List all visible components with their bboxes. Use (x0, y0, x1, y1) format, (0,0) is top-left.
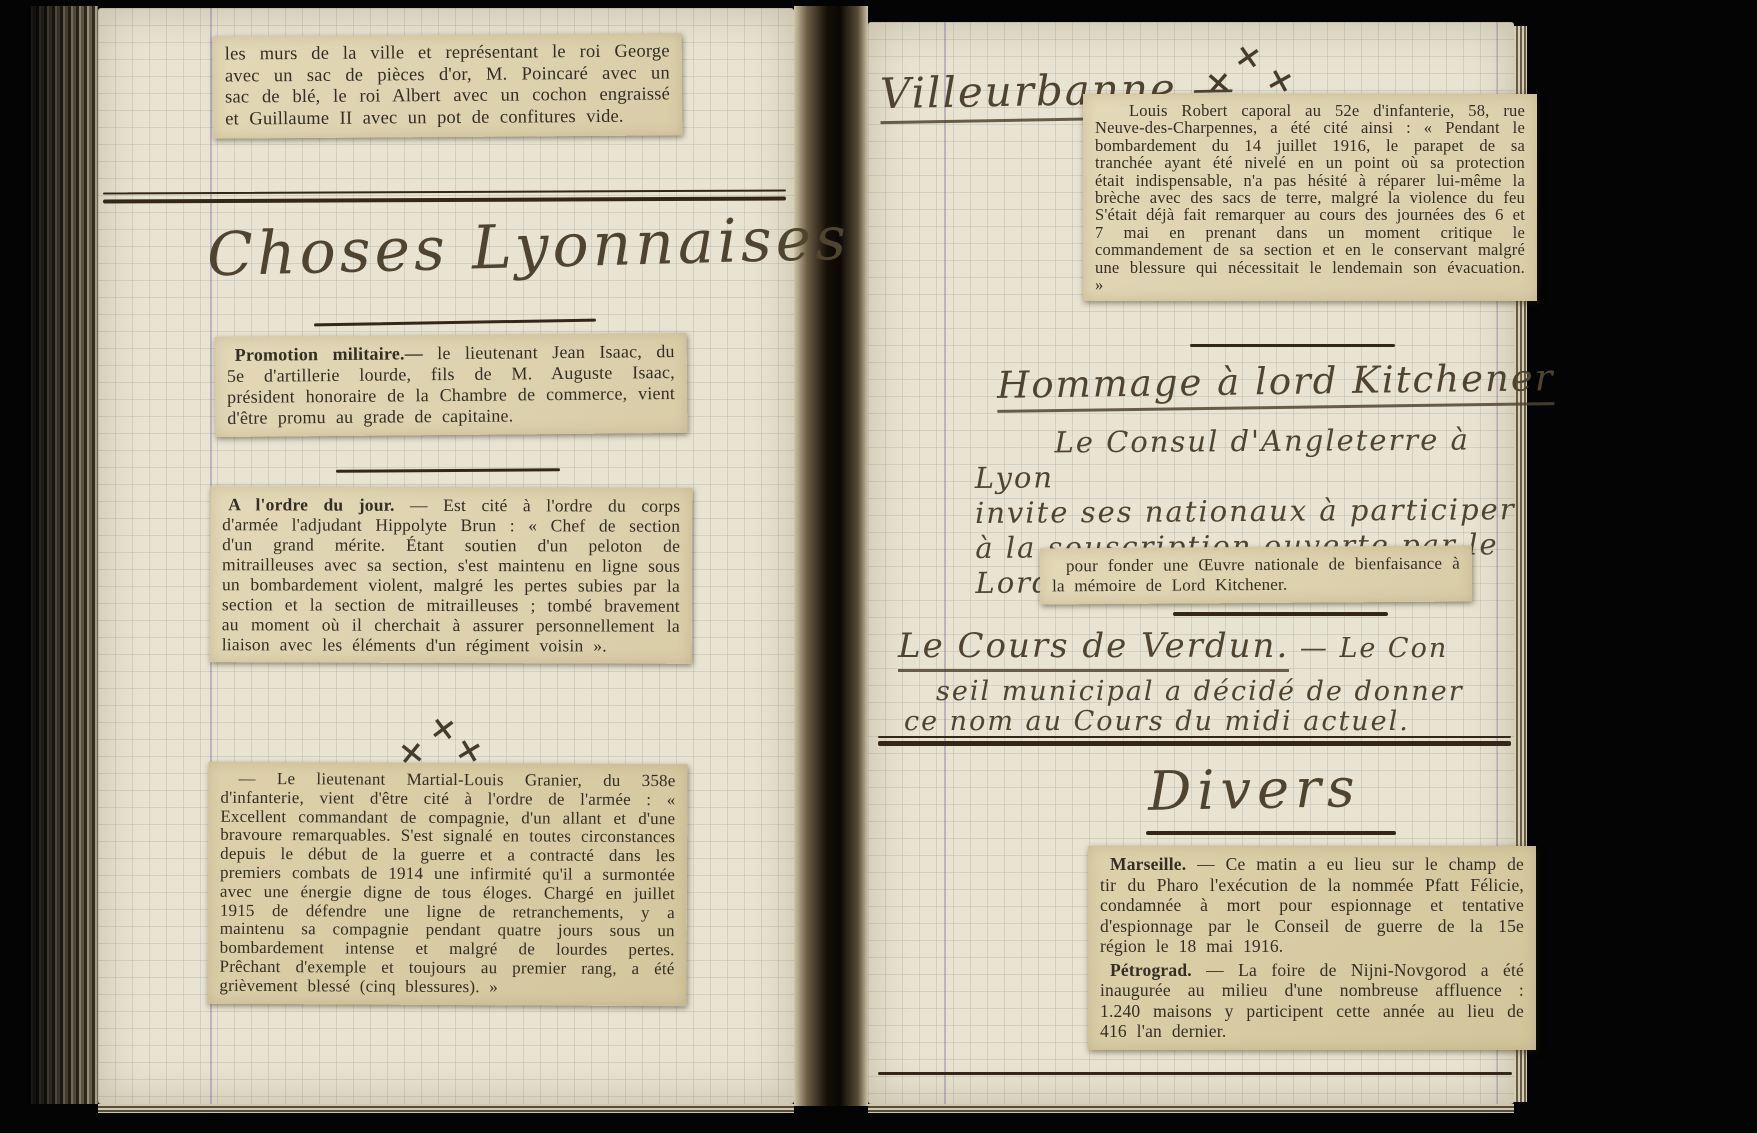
pen-rule-right-1 (1190, 344, 1395, 347)
clipping-ordre-text: A l'ordre du jour. — Est cité à l'ordre … (222, 494, 681, 656)
x-mark: × (428, 710, 459, 745)
divider-thin (878, 736, 1511, 738)
right-page-bottom-edge (868, 1104, 1514, 1113)
left-edge-shadow (28, 6, 98, 1104)
news-clipping-kitchener: pour fonder une Œuvre nationale de bienf… (1040, 545, 1472, 604)
x-mark: × (1232, 38, 1264, 74)
clipping-granier-text: — Le lieutenant Martial-Louis Granier, d… (219, 770, 675, 998)
clipping-promotion-lead: Promotion militaire.— (235, 343, 423, 365)
clipping-robert-text: Louis Robert caporal au 52e d'infanterie… (1095, 102, 1525, 293)
verdun-line-2: seil municipal a décidé de donner (936, 676, 1464, 707)
clipping-marseille: Marseille. — Ce matin a eu lieu sur le c… (1100, 854, 1524, 957)
heading-kitchener-text: Hommage à lord Kitchener (997, 356, 1555, 413)
heading-verdun: Le Cours de Verdun. (898, 626, 1289, 672)
pen-rule-right-2 (1173, 612, 1388, 616)
scrapbook-spread: les murs de la ville et représentant le … (0, 0, 1757, 1133)
divider-thick (878, 741, 1511, 746)
divers-underline (1146, 831, 1396, 835)
x-marks-left: × × × (398, 712, 494, 768)
clipping-ordre-body: — Est cité à l'ordre du corps d'armée l'… (222, 495, 681, 656)
news-clipping-intro: les murs de la ville et représentant le … (213, 33, 683, 138)
heading-kitchener: Hommage à lord Kitchener (997, 356, 1555, 407)
verdun-line-3: ce nom au Cours du midi actuel. (904, 706, 1410, 737)
right-page-margin-line (944, 22, 946, 1104)
clipping-intro-text: les murs de la ville et représentant le … (225, 41, 671, 130)
news-clipping-ordre-du-jour: A l'ordre du jour. — Est cité à l'ordre … (210, 486, 693, 664)
clipping-kitchener-text: pour fonder une Œuvre nationale de bienf… (1052, 554, 1460, 597)
clipping-ordre-lead: A l'ordre du jour. (228, 494, 394, 515)
clipping-promotion-text: Promotion militaire.— le lieutenant Jean… (227, 341, 676, 429)
heading-divers: Divers (1147, 756, 1361, 823)
verdun-line-1: Le Cours de Verdun. — Le Con (898, 626, 1448, 666)
news-clipping-robert: Louis Robert caporal au 52e d'infanterie… (1083, 94, 1537, 301)
left-page-bottom-edge (98, 1104, 794, 1113)
clipping-petrograd: Pétrograd. — La foire de Nijni-Novgorod … (1100, 960, 1524, 1042)
book-gutter (794, 6, 868, 1106)
news-clipping-granier: — Le lieutenant Martial-Louis Granier, d… (207, 762, 687, 1006)
clipping-petrograd-lead: Pétrograd. (1110, 960, 1192, 980)
clipping-marseille-lead: Marseille. (1110, 854, 1186, 874)
news-clipping-promotion: Promotion militaire.— le lieutenant Jean… (215, 333, 688, 437)
verdun-line-1-rest: — Le Con (1300, 633, 1448, 664)
bottom-pen-rule (878, 1072, 1512, 1075)
news-clipping-divers: Marseille. — Ce matin a eu lieu sur le c… (1088, 846, 1536, 1050)
